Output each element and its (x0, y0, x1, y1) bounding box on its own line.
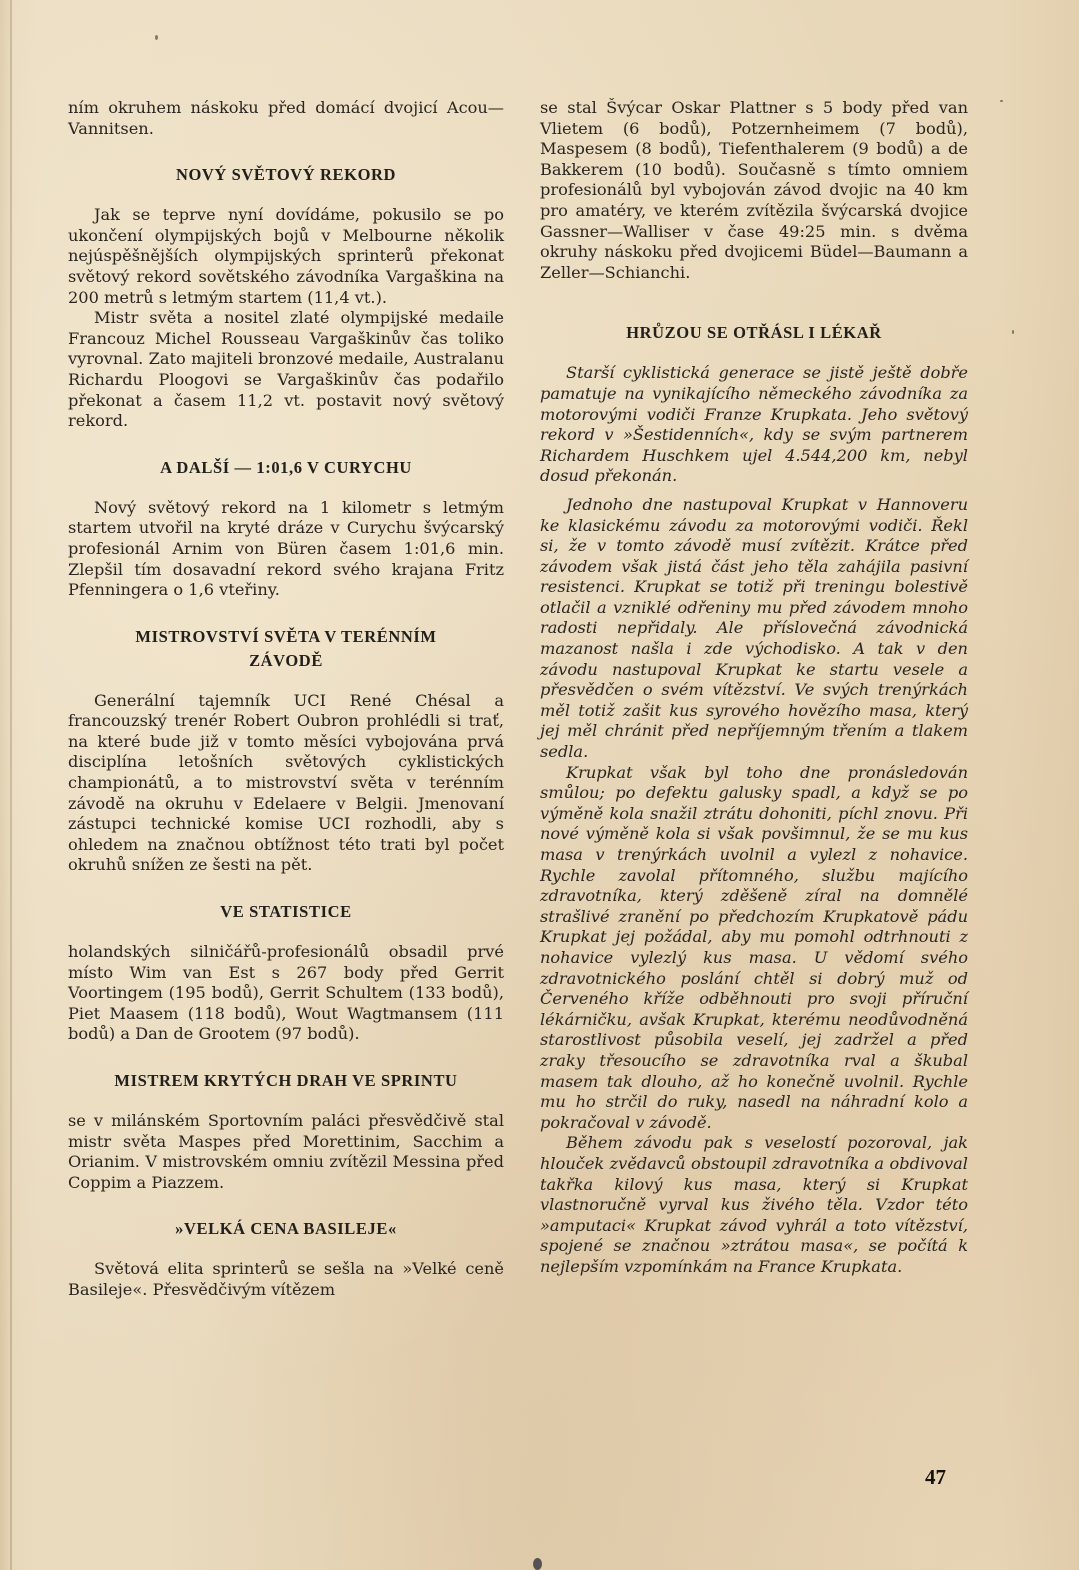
section-heading: VE STATISTICE (68, 900, 504, 924)
binding-edge (10, 0, 12, 1570)
article-paragraph: Generální tajemník UCI René Chésal a fra… (68, 691, 504, 876)
article-paragraph: Mistr světa a nositel zlaté olympijské m… (68, 308, 504, 432)
paper-speck (533, 1558, 542, 1570)
paper-speck (155, 35, 158, 40)
article-paragraph: holandských silničářů-profesionálů obsad… (68, 942, 504, 1045)
section-heading: A DALŠÍ — 1:01,6 V CURYCHU (68, 456, 504, 480)
paper-speck (1012, 330, 1014, 334)
section-heading: MISTREM KRYTÝCH DRAH VE SPRINTU (68, 1069, 504, 1093)
article-paragraph: Během závodu pak s veselostí pozoroval, … (540, 1133, 968, 1277)
article-paragraph: Jednoho dne nastupoval Krupkat v Hannove… (540, 495, 968, 763)
magazine-page: ním okruhem náskoku před domácí dvojicí … (0, 0, 1079, 1570)
continued-paragraph: ním okruhem náskoku před domácí dvojicí … (68, 98, 504, 139)
article-paragraph: Světová elita sprinterů se sešla na »Vel… (68, 1259, 504, 1300)
article-paragraph: se v milánském Sportovním paláci přesvěd… (68, 1111, 504, 1193)
left-column: ním okruhem náskoku před domácí dvojicí … (68, 98, 504, 1301)
section-heading: MISTROVSTVÍ SVĚTA V TERÉNNÍM ZÁVODĚ (68, 625, 504, 673)
section-heading: HRŮZOU SE OTŘÁSL I LÉKAŘ (540, 321, 968, 345)
page-number: 47 (925, 1465, 946, 1490)
article-paragraph: Krupkat však byl toho dne pronásledován … (540, 763, 968, 1134)
article-paragraph: Nový světový rekord na 1 kilometr s letm… (68, 498, 504, 601)
paper-speck (1000, 100, 1003, 102)
section-heading: »VELKÁ CENA BASILEJE« (68, 1217, 504, 1241)
right-column: se stal Švýcar Oskar Plattner s 5 body p… (540, 98, 968, 1277)
article-paragraph: Starší cyklistická generace se jistě ješ… (540, 363, 968, 487)
section-heading: NOVÝ SVĚTOVÝ REKORD (68, 163, 504, 187)
continued-paragraph: se stal Švýcar Oskar Plattner s 5 body p… (540, 98, 968, 283)
article-paragraph: Jak se teprve nyní dovídáme, pokusilo se… (68, 205, 504, 308)
